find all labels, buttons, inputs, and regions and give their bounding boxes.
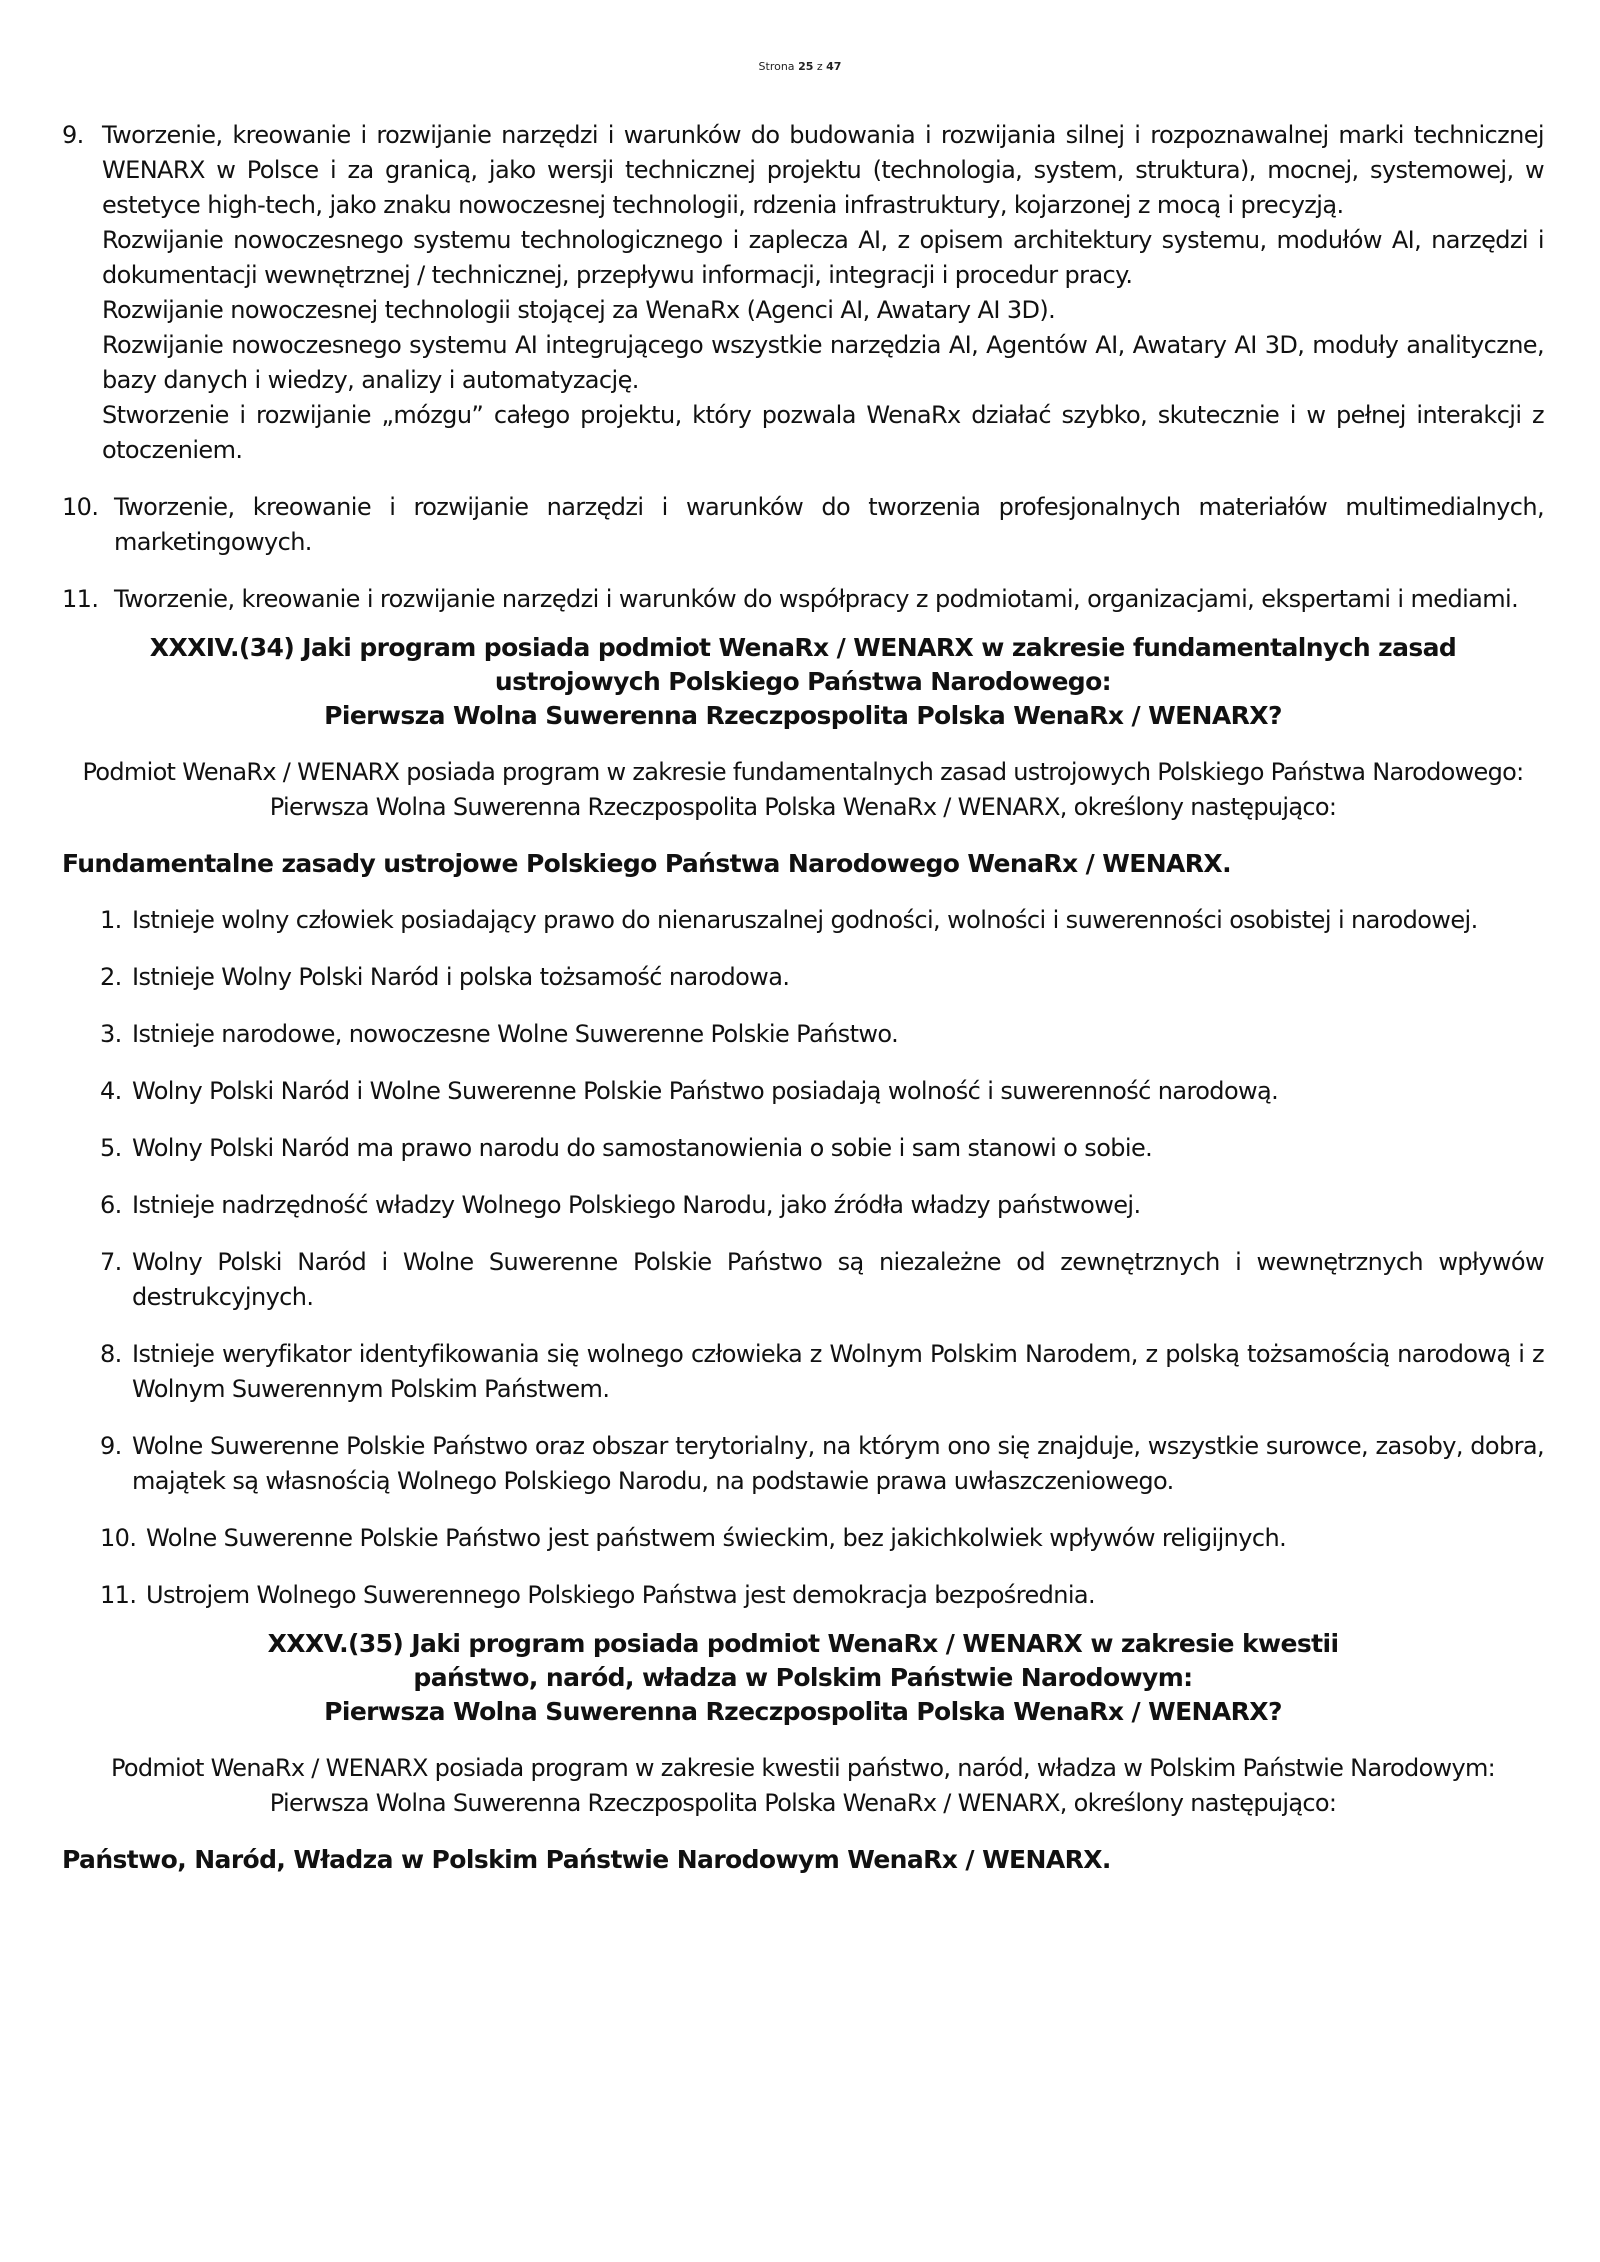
principle-item: 7.Wolny Polski Naród i Wolne Suwerenne P… (100, 1245, 1544, 1315)
item-number: 11. (100, 1578, 136, 1613)
heading-line: państwo, naród, władza w Polskim Państwi… (62, 1661, 1544, 1695)
item-text: Tworzenie, kreowanie i rozwijanie narzęd… (114, 582, 1544, 617)
item-number: 8. (100, 1337, 122, 1372)
item-text: Istnieje narodowe, nowoczesne Wolne Suwe… (132, 1020, 898, 1048)
total-pages: 47 (826, 60, 841, 73)
principle-item: 2.Istnieje Wolny Polski Naród i polska t… (100, 960, 1544, 995)
item-number: 7. (100, 1245, 122, 1280)
item-text: Rozwijanie nowoczesnej technologii stoją… (102, 293, 1544, 328)
heading-line: XXXIV.(34) Jaki program posiada podmiot … (62, 631, 1544, 665)
list-item-11: 11. Tworzenie, kreowanie i rozwijanie na… (62, 582, 1544, 617)
item-number: 11. (62, 582, 98, 617)
item-number: 5. (100, 1131, 122, 1166)
item-text: Rozwijanie nowoczesnego systemu AI integ… (102, 328, 1544, 398)
item-number: 3. (100, 1017, 122, 1052)
item-text: Istnieje weryfikator identyfikowania się… (132, 1340, 1544, 1403)
item-text: Wolne Suwerenne Polskie Państwo oraz obs… (132, 1432, 1544, 1495)
item-number: 4. (100, 1074, 122, 1109)
item-text: Wolne Suwerenne Polskie Państwo jest pań… (146, 1524, 1286, 1552)
document-body: 9. Tworzenie, kreowanie i rozwijanie nar… (62, 118, 1544, 1877)
item-text: Tworzenie, kreowanie i rozwijanie narzęd… (102, 118, 1544, 223)
principle-item: 8.Istnieje weryfikator identyfikowania s… (100, 1337, 1544, 1407)
page-prefix: Strona (759, 60, 795, 73)
list-item-10: 10. Tworzenie, kreowanie i rozwijanie na… (62, 490, 1544, 560)
item-text: Ustrojem Wolnego Suwerennego Polskiego P… (146, 1581, 1095, 1609)
principle-item: 1.Istnieje wolny człowiek posiadający pr… (100, 903, 1544, 938)
principle-item: 3.Istnieje narodowe, nowoczesne Wolne Su… (100, 1017, 1544, 1052)
item-text: Istnieje wolny człowiek posiadający praw… (132, 906, 1478, 934)
page-number-header: Strona 25 z 47 (0, 60, 1600, 73)
heading-line: Pierwsza Wolna Suwerenna Rzeczpospolita … (62, 699, 1544, 733)
section-35-lead: Podmiot WenaRx / WENARX posiada program … (62, 1751, 1544, 1821)
item-number: 9. (100, 1429, 122, 1464)
item-number: 6. (100, 1188, 122, 1223)
heading-line: ustrojowych Polskiego Państwa Narodowego… (62, 665, 1544, 699)
item-text: Wolny Polski Naród i Wolne Suwerenne Pol… (132, 1248, 1544, 1311)
principle-item: 9.Wolne Suwerenne Polskie Państwo oraz o… (100, 1429, 1544, 1499)
principle-item: 4.Wolny Polski Naród i Wolne Suwerenne P… (100, 1074, 1544, 1109)
section-35-subheading: Państwo, Naród, Władza w Polskim Państwi… (62, 1843, 1544, 1877)
section-35-heading: XXXV.(35) Jaki program posiada podmiot W… (62, 1627, 1544, 1729)
page-separator: z (817, 60, 823, 73)
item-number: 10. (100, 1521, 136, 1556)
item-text: Tworzenie, kreowanie i rozwijanie narzęd… (114, 490, 1544, 560)
principle-item: 5.Wolny Polski Naród ma prawo narodu do … (100, 1131, 1544, 1166)
current-page: 25 (798, 60, 813, 73)
heading-line: XXXV.(35) Jaki program posiada podmiot W… (62, 1627, 1544, 1661)
item-number: 10. (62, 490, 98, 525)
item-number: 9. (62, 118, 84, 153)
section-34-heading: XXXIV.(34) Jaki program posiada podmiot … (62, 631, 1544, 733)
item-text: Istnieje Wolny Polski Naród i polska toż… (132, 963, 789, 991)
principle-item: 6.Istnieje nadrzędność władzy Wolnego Po… (100, 1188, 1544, 1223)
principle-item: 10.Wolne Suwerenne Polskie Państwo jest … (100, 1521, 1544, 1556)
item-text: Wolny Polski Naród ma prawo narodu do sa… (132, 1134, 1152, 1162)
section-34-subheading: Fundamentalne zasady ustrojowe Polskiego… (62, 847, 1544, 881)
principle-item: 11.Ustrojem Wolnego Suwerennego Polskieg… (100, 1578, 1544, 1613)
item-text: Wolny Polski Naród i Wolne Suwerenne Pol… (132, 1077, 1278, 1105)
list-item-9: 9. Tworzenie, kreowanie i rozwijanie nar… (62, 118, 1544, 468)
item-text: Rozwijanie nowoczesnego systemu technolo… (102, 223, 1544, 293)
heading-line: Pierwsza Wolna Suwerenna Rzeczpospolita … (62, 1695, 1544, 1729)
item-number: 2. (100, 960, 122, 995)
item-text: Istnieje nadrzędność władzy Wolnego Pols… (132, 1191, 1141, 1219)
section-34-lead: Podmiot WenaRx / WENARX posiada program … (62, 755, 1544, 825)
principles-list: 1.Istnieje wolny człowiek posiadający pr… (100, 903, 1544, 1613)
item-text: Stworzenie i rozwijanie „mózgu” całego p… (102, 398, 1544, 468)
item-number: 1. (100, 903, 122, 938)
